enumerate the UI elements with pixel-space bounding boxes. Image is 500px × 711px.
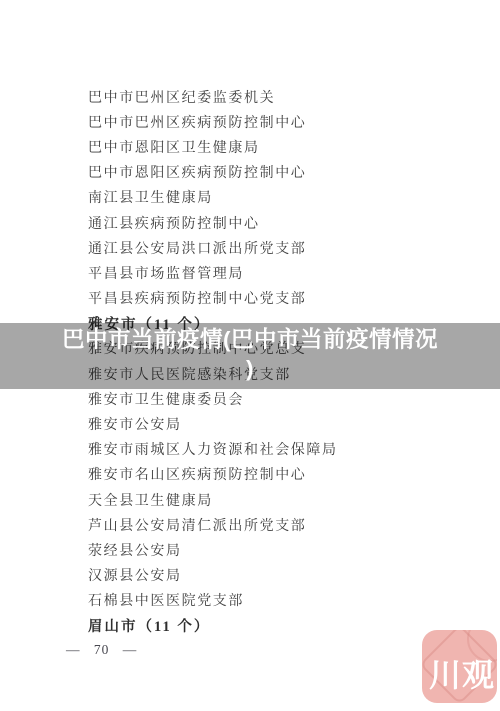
chuanguan-logo-text: 川观 xyxy=(429,650,495,696)
org-row: 南江县卫生健康局 xyxy=(88,185,338,210)
org-row: 通江县疾病预防控制中心 xyxy=(88,210,338,235)
city-header-row: 眉山市（11 个） xyxy=(88,613,338,638)
org-row: 巴中市巴州区纪委监委机关 xyxy=(88,84,338,109)
headline-title-line2: ) xyxy=(0,354,500,383)
org-row: 汉源县公安局 xyxy=(88,563,338,588)
org-row: 雅安市卫生健康委员会 xyxy=(88,386,338,411)
headline-title-line1: 巴中市当前疫情(巴中市当前疫情情况 xyxy=(0,325,500,354)
org-row: 平昌县市场监督管理局 xyxy=(88,260,338,285)
org-row: 芦山县公安局清仁派出所党支部 xyxy=(88,512,338,537)
chuanguan-watermark-logo: 川观 xyxy=(422,630,497,703)
org-row: 巴中市巴州区疾病预防控制中心 xyxy=(88,109,338,134)
org-row: 雅安市雨城区人力资源和社会保障局 xyxy=(88,437,338,462)
org-row: 石棉县中医医院党支部 xyxy=(88,588,338,613)
org-row: 天全县卫生健康局 xyxy=(88,487,338,512)
org-row: 巴中市恩阳区卫生健康局 xyxy=(88,134,338,159)
org-row: 雅安市公安局 xyxy=(88,411,338,436)
headline-overlay: 巴中市当前疫情(巴中市当前疫情情况 ) xyxy=(0,323,500,389)
org-row: 平昌县疾病预防控制中心党支部 xyxy=(88,286,338,311)
org-row: 巴中市恩阳区疾病预防控制中心 xyxy=(88,160,338,185)
org-row: 雅安市名山区疾病预防控制中心 xyxy=(88,462,338,487)
org-row: 通江县公安局洪口派出所党支部 xyxy=(88,235,338,260)
org-row: 荥经县公安局 xyxy=(88,537,338,562)
headline-title: 巴中市当前疫情(巴中市当前疫情情况 ) xyxy=(0,323,500,383)
page-number: — 70 — xyxy=(66,642,137,658)
